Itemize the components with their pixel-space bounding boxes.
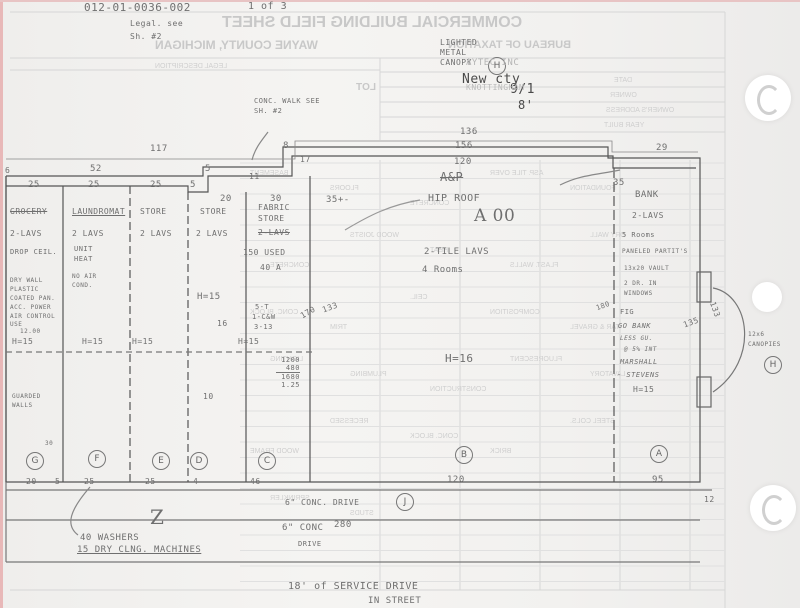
sketch-drawing bbox=[0, 0, 800, 608]
dim-5c: 5 bbox=[55, 477, 60, 486]
unit-h-15-store: H=15 bbox=[197, 292, 221, 302]
unit-g-note-3: COATED PAN. bbox=[10, 295, 55, 302]
unit-b-height: H=16 bbox=[445, 352, 474, 365]
field-sheet-page: COMMERCIAL BUILDING FIELD SHEET WAYNE CO… bbox=[0, 0, 800, 608]
dim-136: 136 bbox=[460, 127, 478, 137]
dim-6: 6 bbox=[5, 166, 10, 175]
legal-see-note: Legal. see Sh. #2 bbox=[130, 17, 190, 43]
unit-g-marker: G bbox=[26, 452, 44, 470]
canopies-note: 12x6 CANOPIES bbox=[748, 330, 793, 350]
unit-g-note-7: 12.00 bbox=[20, 328, 41, 335]
calc-line-4: 1.25 bbox=[276, 381, 300, 389]
dim-17: 17 bbox=[300, 155, 311, 164]
conc-walk-note: CONC. WALK SEE SH. #2 bbox=[254, 96, 324, 116]
unit-a-note-2: 13x20 VAULT bbox=[624, 265, 669, 272]
dim-117: 117 bbox=[150, 144, 168, 154]
unit-g-note-6: USE bbox=[10, 321, 22, 328]
dim-29: 29 bbox=[656, 143, 668, 153]
calc-line-3: 1680 bbox=[276, 372, 300, 381]
unit-b-marker: B bbox=[455, 446, 473, 464]
unit-a-lavs: 2-LAVS bbox=[632, 211, 664, 220]
washers-note: 40 WASHERS bbox=[80, 533, 139, 543]
conc-drive-note: 6" CONC. DRIVE bbox=[285, 498, 359, 507]
unit-f-height: H=15 bbox=[82, 337, 103, 346]
bay-width-g: 25 bbox=[28, 180, 40, 190]
new-year-note: 8' bbox=[518, 98, 533, 112]
conc-drive-280-note: 6" CONC bbox=[282, 523, 323, 533]
calc-line-2: 480 bbox=[276, 364, 300, 372]
unit-b-rooms: 4 Rooms bbox=[422, 265, 463, 275]
dim-280: 280 bbox=[334, 520, 352, 530]
dim-8: 8 bbox=[283, 141, 289, 151]
unit-g-note-ceil: DROP CEIL. bbox=[10, 247, 58, 257]
unit-a-fig-5: MARSHALL bbox=[620, 358, 658, 366]
dim-12: 12 bbox=[704, 495, 715, 504]
parcel-number: 012-01-0036-002 bbox=[84, 1, 191, 14]
unit-g-use: GROCERY bbox=[10, 207, 47, 216]
unit-a-fig-4: @ 5% INT bbox=[624, 346, 657, 353]
dim-11: 11 bbox=[249, 172, 260, 181]
calc-block: 1200 480 1680 1.25 bbox=[276, 356, 300, 389]
unit-e-lavs: 2 LAVS bbox=[140, 229, 172, 238]
calc-line-1: 1200 bbox=[276, 356, 300, 364]
unit-a-rooms: 5 Rooms bbox=[622, 231, 655, 239]
unit-c-height: H=15 bbox=[238, 337, 259, 346]
unit-e-use: STORE bbox=[140, 207, 167, 216]
bay-width-d: 20 bbox=[220, 194, 232, 204]
canopies-marker: H bbox=[764, 356, 782, 374]
dim-30: 30 bbox=[45, 440, 53, 447]
dim-156: 156 bbox=[455, 141, 473, 151]
unit-b-lavs: 2-TILE LAVS bbox=[424, 247, 489, 257]
unit-a-use: BANK bbox=[635, 190, 659, 200]
owner-line: AYTEC INC bbox=[466, 58, 519, 68]
unit-d-marker: D bbox=[190, 452, 208, 470]
unit-c-width: 46 bbox=[250, 477, 261, 486]
unit-a-fig-1: FIG bbox=[620, 308, 634, 316]
unit-g-height: H=15 bbox=[12, 337, 33, 346]
unit-b-code: A 00 bbox=[474, 206, 515, 226]
sheet-count: 1 of 3 bbox=[248, 1, 287, 12]
service-drive-note: 18' of SERVICE DRIVE bbox=[288, 581, 418, 592]
unit-f-marker: F bbox=[88, 450, 106, 468]
dim-16: 16 bbox=[217, 319, 228, 328]
binder-hole-middle bbox=[752, 282, 782, 312]
unit-f-use: LAUNDROMAT bbox=[72, 207, 125, 216]
unit-a-marker: A bbox=[650, 445, 668, 463]
unit-g-note-1: DRY WALL bbox=[10, 277, 43, 284]
dim-5b: 5 bbox=[190, 180, 196, 190]
guarded-walls-note: GUARDED WALLS bbox=[12, 392, 52, 410]
drive-marker: J bbox=[396, 493, 414, 511]
unit-d-width: 4 bbox=[193, 477, 198, 486]
unit-f-lavs: 2 LAVS bbox=[72, 229, 104, 238]
dim-120-top: 120 bbox=[454, 157, 472, 167]
unit-f-width: 25 bbox=[84, 477, 95, 486]
bay-width-e: 25 bbox=[150, 180, 162, 190]
unit-e-width: 25 bbox=[145, 477, 156, 486]
dim-5a: 5 bbox=[205, 164, 211, 174]
unit-a-note-3: 2 DR. IN bbox=[624, 280, 657, 287]
unit-g-note-4: ACC. POWER bbox=[10, 304, 51, 311]
in-street-note: IN STREET bbox=[368, 596, 421, 606]
unit-e-marker: E bbox=[152, 452, 170, 470]
unit-c-note-amp: 40 A bbox=[260, 263, 281, 272]
unit-b-roof: HIP ROOF bbox=[428, 193, 480, 204]
unit-g-width: 20 bbox=[26, 477, 37, 486]
z-mark: Z bbox=[150, 505, 164, 529]
dim-10: 10 bbox=[203, 392, 214, 401]
unit-f-note-heat: UNIT HEAT bbox=[74, 244, 114, 264]
unit-g-note-2: PLASTIC bbox=[10, 286, 39, 293]
unit-a-fig-6: - STEVENS bbox=[617, 371, 659, 379]
unit-a-note-4: WINDOWS bbox=[624, 290, 653, 297]
unit-d-lavs: 2 LAVS bbox=[196, 229, 228, 238]
owner-name: KNOTTINGHAM bbox=[466, 83, 524, 92]
unit-c-marker: C bbox=[258, 452, 276, 470]
unit-f-note-air: NO AIR COND. bbox=[72, 272, 112, 290]
unit-b-width: 120 bbox=[447, 475, 465, 485]
unit-b-strike: A&P bbox=[440, 170, 463, 184]
dry-cleaning-note: 15 DRY CLNG. MACHINES bbox=[77, 545, 201, 555]
unit-c-note-used: 150 USED bbox=[243, 248, 286, 257]
store-block-note-3: 3-13 bbox=[254, 323, 273, 331]
dim-52: 52 bbox=[90, 164, 102, 174]
unit-a-width: 95 bbox=[652, 475, 664, 485]
unit-a-fig-3: LESS GU. bbox=[620, 335, 653, 342]
binder-hole-top bbox=[745, 75, 791, 121]
unit-g-note-5: AIR CONTROL bbox=[10, 313, 55, 320]
unit-c-use: FABRIC STORE bbox=[258, 202, 308, 224]
dim-35-plus-minus: 35+- bbox=[326, 195, 350, 205]
store-block-note-1: 5-T bbox=[255, 303, 269, 311]
unit-a-note-1: PANELED PARTIT'S bbox=[622, 248, 688, 255]
store-block-note-2: 1-C&W bbox=[252, 313, 276, 321]
unit-c-lavs: 2-LAVS bbox=[258, 228, 290, 237]
dim-35-top: 35 bbox=[613, 178, 625, 188]
form-grid bbox=[10, 12, 725, 608]
unit-e-height: H=15 bbox=[132, 337, 153, 346]
unit-a-height: H=15 bbox=[633, 385, 654, 394]
drive-label: DRIVE bbox=[298, 540, 322, 548]
binder-hole-bottom bbox=[750, 485, 796, 531]
unit-d-use: STORE bbox=[200, 207, 227, 216]
unit-a-fig-2: GO BANK bbox=[618, 322, 651, 330]
unit-g-lavs: 2-LAVS bbox=[10, 229, 42, 238]
bay-width-f: 25 bbox=[88, 180, 100, 190]
